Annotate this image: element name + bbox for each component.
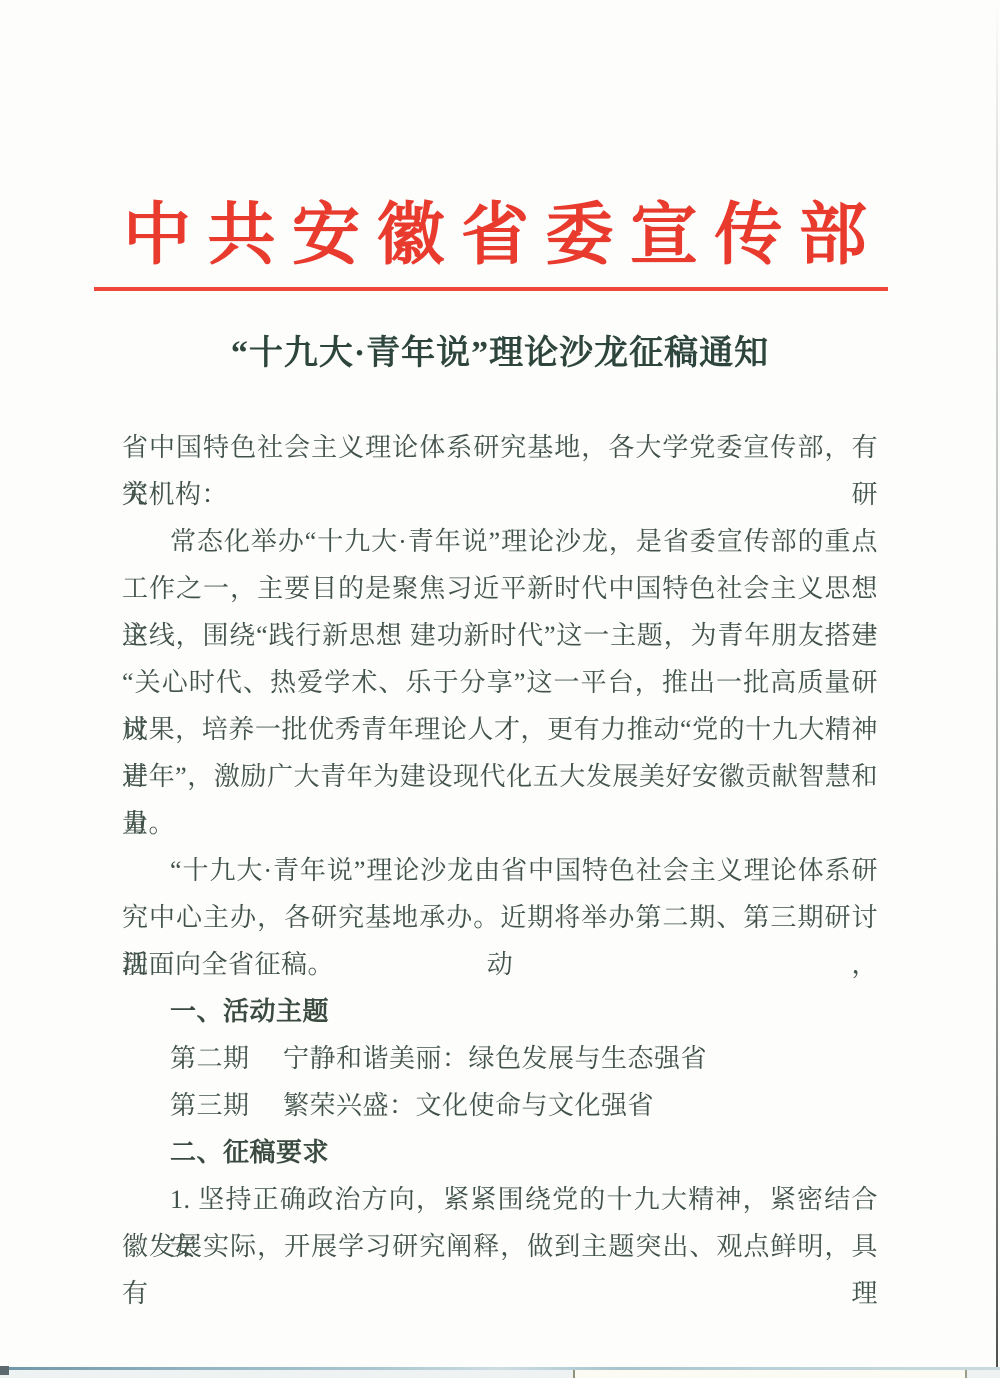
body-line: 究中心主办，各研究基地承办。近期将举办第二期、第三期研讨活动， <box>122 894 878 941</box>
masthead-character: 传 <box>714 181 782 278</box>
body-line: 成果，培养一批优秀青年理论人才，更有力推动“党的十九大精神进 <box>122 706 878 753</box>
scan-corner-mark-artifact <box>0 1366 9 1375</box>
masthead-character: 省 <box>461 181 529 278</box>
body-line: 主线，围绕“践行新思想 建功新时代”这一主题，为青年朋友搭建 <box>122 612 878 659</box>
body-line: “十九大·青年说”理论沙龙由省中国特色社会主义理论体系研 <box>122 847 878 894</box>
document-title: “十九大·青年说”理论沙龙征稿通知 <box>122 325 878 374</box>
masthead-character: 徽 <box>376 181 444 278</box>
body-line: 第二期 宁静和谐美丽：绿色发展与生态强省 <box>122 1035 878 1082</box>
body-line: “关心时代、热爱学术、乐于分享”这一平台，推出一批高质量研讨 <box>122 659 878 706</box>
masthead-character: 宣 <box>630 181 698 278</box>
body-line: 徽发展实际，开展学习研究阐释，做到主题突出、观点鲜明，具有理 <box>122 1223 878 1270</box>
body-line: 第三期 繁荣兴盛：文化使命与文化强省 <box>122 1082 878 1129</box>
body-line: 1. 坚持正确政治方向，紧紧围绕党的十九大精神，紧密结合安 <box>122 1176 878 1223</box>
masthead-character: 共 <box>207 181 275 278</box>
body-line: 青年”，激励广大青年为建设现代化五大发展美好安徽贡献智慧和力 <box>122 753 878 800</box>
body-line: 常态化举办“十九大·青年说”理论沙龙，是省委宣传部的重点 <box>122 518 878 565</box>
masthead-character: 委 <box>545 181 613 278</box>
scanned-document-page: 中共安徽省委宣传部 “十九大·青年说”理论沙龙征稿通知 省中国特色社会主义理论体… <box>0 0 1000 1378</box>
scan-box-bottom-artifact <box>573 1370 967 1378</box>
masthead-character: 部 <box>799 181 867 278</box>
section-heading: 二、征稿要求 <box>122 1129 878 1176</box>
masthead-character: 中 <box>123 181 191 278</box>
document-body: 省中国特色社会主义理论体系研究基地，各大学党委宣传部，有关研究机构：常态化举办“… <box>122 424 878 1270</box>
body-line: 量。 <box>122 800 878 847</box>
masthead-divider-rule <box>94 287 888 291</box>
body-line: 工作之一，主要目的是聚焦习近平新时代中国特色社会主义思想这一 <box>122 565 878 612</box>
masthead-character: 安 <box>292 181 360 278</box>
body-line: 省中国特色社会主义理论体系研究基地，各大学党委宣传部，有关研 <box>122 424 878 471</box>
scan-edge-right-artifact <box>996 0 998 1378</box>
section-heading: 一、活动主题 <box>122 988 878 1035</box>
agency-masthead: 中共安徽省委宣传部 <box>123 186 867 272</box>
